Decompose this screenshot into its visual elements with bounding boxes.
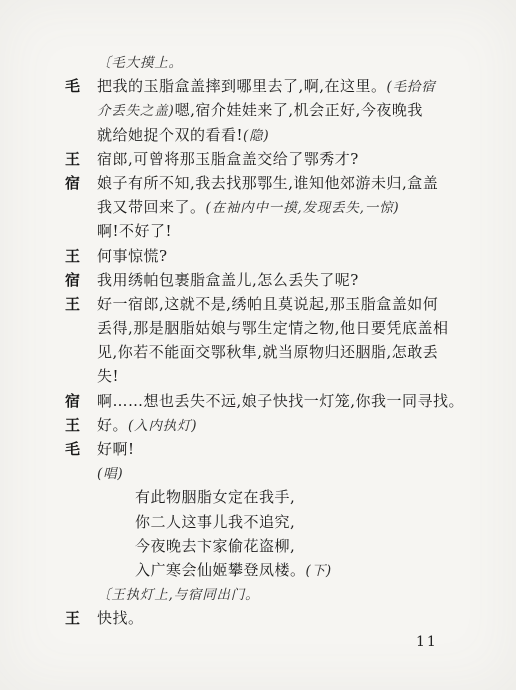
script-line: 就给她捉个双的看看!(隐) xyxy=(65,123,516,147)
dialogue-text: 有此物胭脂女定在我手, xyxy=(135,488,295,506)
line-text: 就给她捉个双的看看!(隐) xyxy=(97,123,269,148)
line-text: 〔王执灯上,与宿同出门。 xyxy=(97,582,259,607)
line-text: 好。(入内执灯) xyxy=(97,413,197,438)
stage-direction: (入内执灯) xyxy=(128,418,197,434)
line-text: 〔毛大摸上。 xyxy=(97,50,183,75)
script-line: (唱) xyxy=(65,461,516,485)
speaker-label: 宿 xyxy=(65,171,97,195)
script-line: 王何事惊慌? xyxy=(65,244,516,268)
script-line: 我又带回来了。(在袖内中一摸,发现丢失,一惊) xyxy=(65,195,516,219)
stage-direction: 〔毛大摸上。 xyxy=(97,55,183,71)
line-text: 我又带回来了。(在袖内中一摸,发现丢失,一惊) xyxy=(97,195,399,220)
script-line: 宿啊……想也丢失不远,娘子快找一灯笼,你我一同寻找。 xyxy=(65,389,516,413)
speaker-label: 王 xyxy=(65,147,97,171)
page-number: 11 xyxy=(416,634,438,650)
dialogue-text: 把我的玉脂盒盖摔到哪里去了,啊,在这里。 xyxy=(97,77,387,95)
line-text: 啊……想也丢失不远,娘子快找一灯笼,你我一同寻找。 xyxy=(97,389,464,413)
dialogue-text: 入广寒会仙姬攀登凤楼。 xyxy=(135,561,306,579)
dialogue-text: 我用绣帕包裹脂盒盖儿,怎么丢失了呢? xyxy=(97,271,359,289)
dialogue-text: 好一宿郎,这就不是,绣帕且莫说起,那玉脂盒盖如何 xyxy=(97,295,438,313)
script-line: 你二人这事儿我不追究, xyxy=(65,510,516,534)
page: 〔毛大摸上。毛把我的玉脂盒盖摔到哪里去了,啊,在这里。(毛拾宿介丢失之盖)嗯,宿… xyxy=(0,0,516,690)
script-line: 有此物胭脂女定在我手, xyxy=(65,485,516,509)
stage-direction: (在袖内中一摸,发现丢失,一惊) xyxy=(206,200,400,216)
dialogue-text: 宿郎,可曾将那玉脂盒盖交给了鄂秀才? xyxy=(97,150,359,168)
line-text: 有此物胭脂女定在我手, xyxy=(97,485,295,509)
line-text: 快找。 xyxy=(97,606,144,630)
speaker-label: 王 xyxy=(65,292,97,316)
script-lines: 〔毛大摸上。毛把我的玉脂盒盖摔到哪里去了,啊,在这里。(毛拾宿介丢失之盖)嗯,宿… xyxy=(65,50,516,631)
script-line: 丢得,那是胭脂姑娘与鄂生定情之物,他日要凭底盖相 xyxy=(65,316,516,340)
script-line: 王好一宿郎,这就不是,绣帕且莫说起,那玉脂盒盖如何 xyxy=(65,292,516,316)
line-text: 见,你若不能面交鄂秋隼,就当原物归还胭脂,怎敢丢 xyxy=(97,340,438,364)
script-line: 毛好啊! xyxy=(65,437,516,461)
dialogue-text: 何事惊慌? xyxy=(97,247,168,265)
script-line: 宿娘子有所不知,我去找那鄂生,谁知他郊游未归,盒盖 xyxy=(65,171,516,195)
dialogue-text: 丢得,那是胭脂姑娘与鄂生定情之物,他日要凭底盖相 xyxy=(97,319,449,337)
stage-direction: 〔王执灯上,与宿同出门。 xyxy=(97,587,259,603)
speaker-label: 王 xyxy=(65,606,97,630)
line-text: 娘子有所不知,我去找那鄂生,谁知他郊游未归,盒盖 xyxy=(97,171,438,195)
speaker-label: 毛 xyxy=(65,74,97,98)
line-text: 宿郎,可曾将那玉脂盒盖交给了鄂秀才? xyxy=(97,147,359,171)
speaker-label: 宿 xyxy=(65,389,97,413)
dialogue-text: 快找。 xyxy=(97,609,144,627)
script-line: 王快找。 xyxy=(65,606,516,630)
line-text: 我用绣帕包裹脂盒盖儿,怎么丢失了呢? xyxy=(97,268,359,292)
line-text: 啊!不好了! xyxy=(97,219,172,243)
stage-direction: (唱) xyxy=(97,466,123,482)
speaker-label: 毛 xyxy=(65,437,97,461)
script-line: 入广寒会仙姬攀登凤楼。(下) xyxy=(65,558,516,582)
speaker-label: 宿 xyxy=(65,268,97,292)
line-text: 入广寒会仙姬攀登凤楼。(下) xyxy=(97,558,332,583)
script-line: 毛把我的玉脂盒盖摔到哪里去了,啊,在这里。(毛拾宿 xyxy=(65,74,516,98)
line-text: 失! xyxy=(97,364,119,388)
script-line: 失! xyxy=(65,364,516,388)
dialogue-text: 啊!不好了! xyxy=(97,222,172,240)
dialogue-text: 今夜晚去卞家偷花盗柳, xyxy=(135,537,295,555)
stage-direction: (毛拾宿 xyxy=(387,79,436,95)
dialogue-text: 好。 xyxy=(97,416,128,434)
line-text: 把我的玉脂盒盖摔到哪里去了,啊,在这里。(毛拾宿 xyxy=(97,74,436,99)
speaker-label: 王 xyxy=(65,244,97,268)
line-text: 介丢失之盖)嗯,宿介娃娃来了,机会正好,今夜晚我 xyxy=(97,98,423,123)
script-line: 见,你若不能面交鄂秋隼,就当原物归还胭脂,怎敢丢 xyxy=(65,340,516,364)
dialogue-text: 见,你若不能面交鄂秋隼,就当原物归还胭脂,怎敢丢 xyxy=(97,343,438,361)
script-line: 〔毛大摸上。 xyxy=(65,50,516,74)
line-text: 何事惊慌? xyxy=(97,244,168,268)
script-line: 王宿郎,可曾将那玉脂盒盖交给了鄂秀才? xyxy=(65,147,516,171)
script-line: 啊!不好了! xyxy=(65,219,516,243)
dialogue-text: 我又带回来了。 xyxy=(97,198,206,216)
line-text: 好啊! xyxy=(97,437,135,461)
line-text: (唱) xyxy=(97,461,123,486)
line-text: 好一宿郎,这就不是,绣帕且莫说起,那玉脂盒盖如何 xyxy=(97,292,438,316)
line-text: 今夜晚去卞家偷花盗柳, xyxy=(97,534,295,558)
stage-direction: (下) xyxy=(306,563,332,579)
script-line: 〔王执灯上,与宿同出门。 xyxy=(65,582,516,606)
dialogue-text: 就给她捉个双的看看! xyxy=(97,126,243,144)
dialogue-text: 好啊! xyxy=(97,440,135,458)
script-line: 介丢失之盖)嗯,宿介娃娃来了,机会正好,今夜晚我 xyxy=(65,98,516,122)
speaker-label: 王 xyxy=(65,413,97,437)
script-line: 宿我用绣帕包裹脂盒盖儿,怎么丢失了呢? xyxy=(65,268,516,292)
line-text: 你二人这事儿我不追究, xyxy=(97,510,295,534)
dialogue-text: 啊……想也丢失不远,娘子快找一灯笼,你我一同寻找。 xyxy=(97,392,464,410)
dialogue-text: 你二人这事儿我不追究, xyxy=(135,513,295,531)
stage-direction: (隐) xyxy=(243,128,269,144)
script-line: 今夜晚去卞家偷花盗柳, xyxy=(65,534,516,558)
dialogue-text: 失! xyxy=(97,367,119,385)
stage-direction: 介丢失之盖) xyxy=(97,103,175,119)
dialogue-text: 娘子有所不知,我去找那鄂生,谁知他郊游未归,盒盖 xyxy=(97,174,438,192)
dialogue-text: 嗯,宿介娃娃来了,机会正好,今夜晚我 xyxy=(175,101,423,119)
line-text: 丢得,那是胭脂姑娘与鄂生定情之物,他日要凭底盖相 xyxy=(97,316,449,340)
script-line: 王好。(入内执灯) xyxy=(65,413,516,437)
